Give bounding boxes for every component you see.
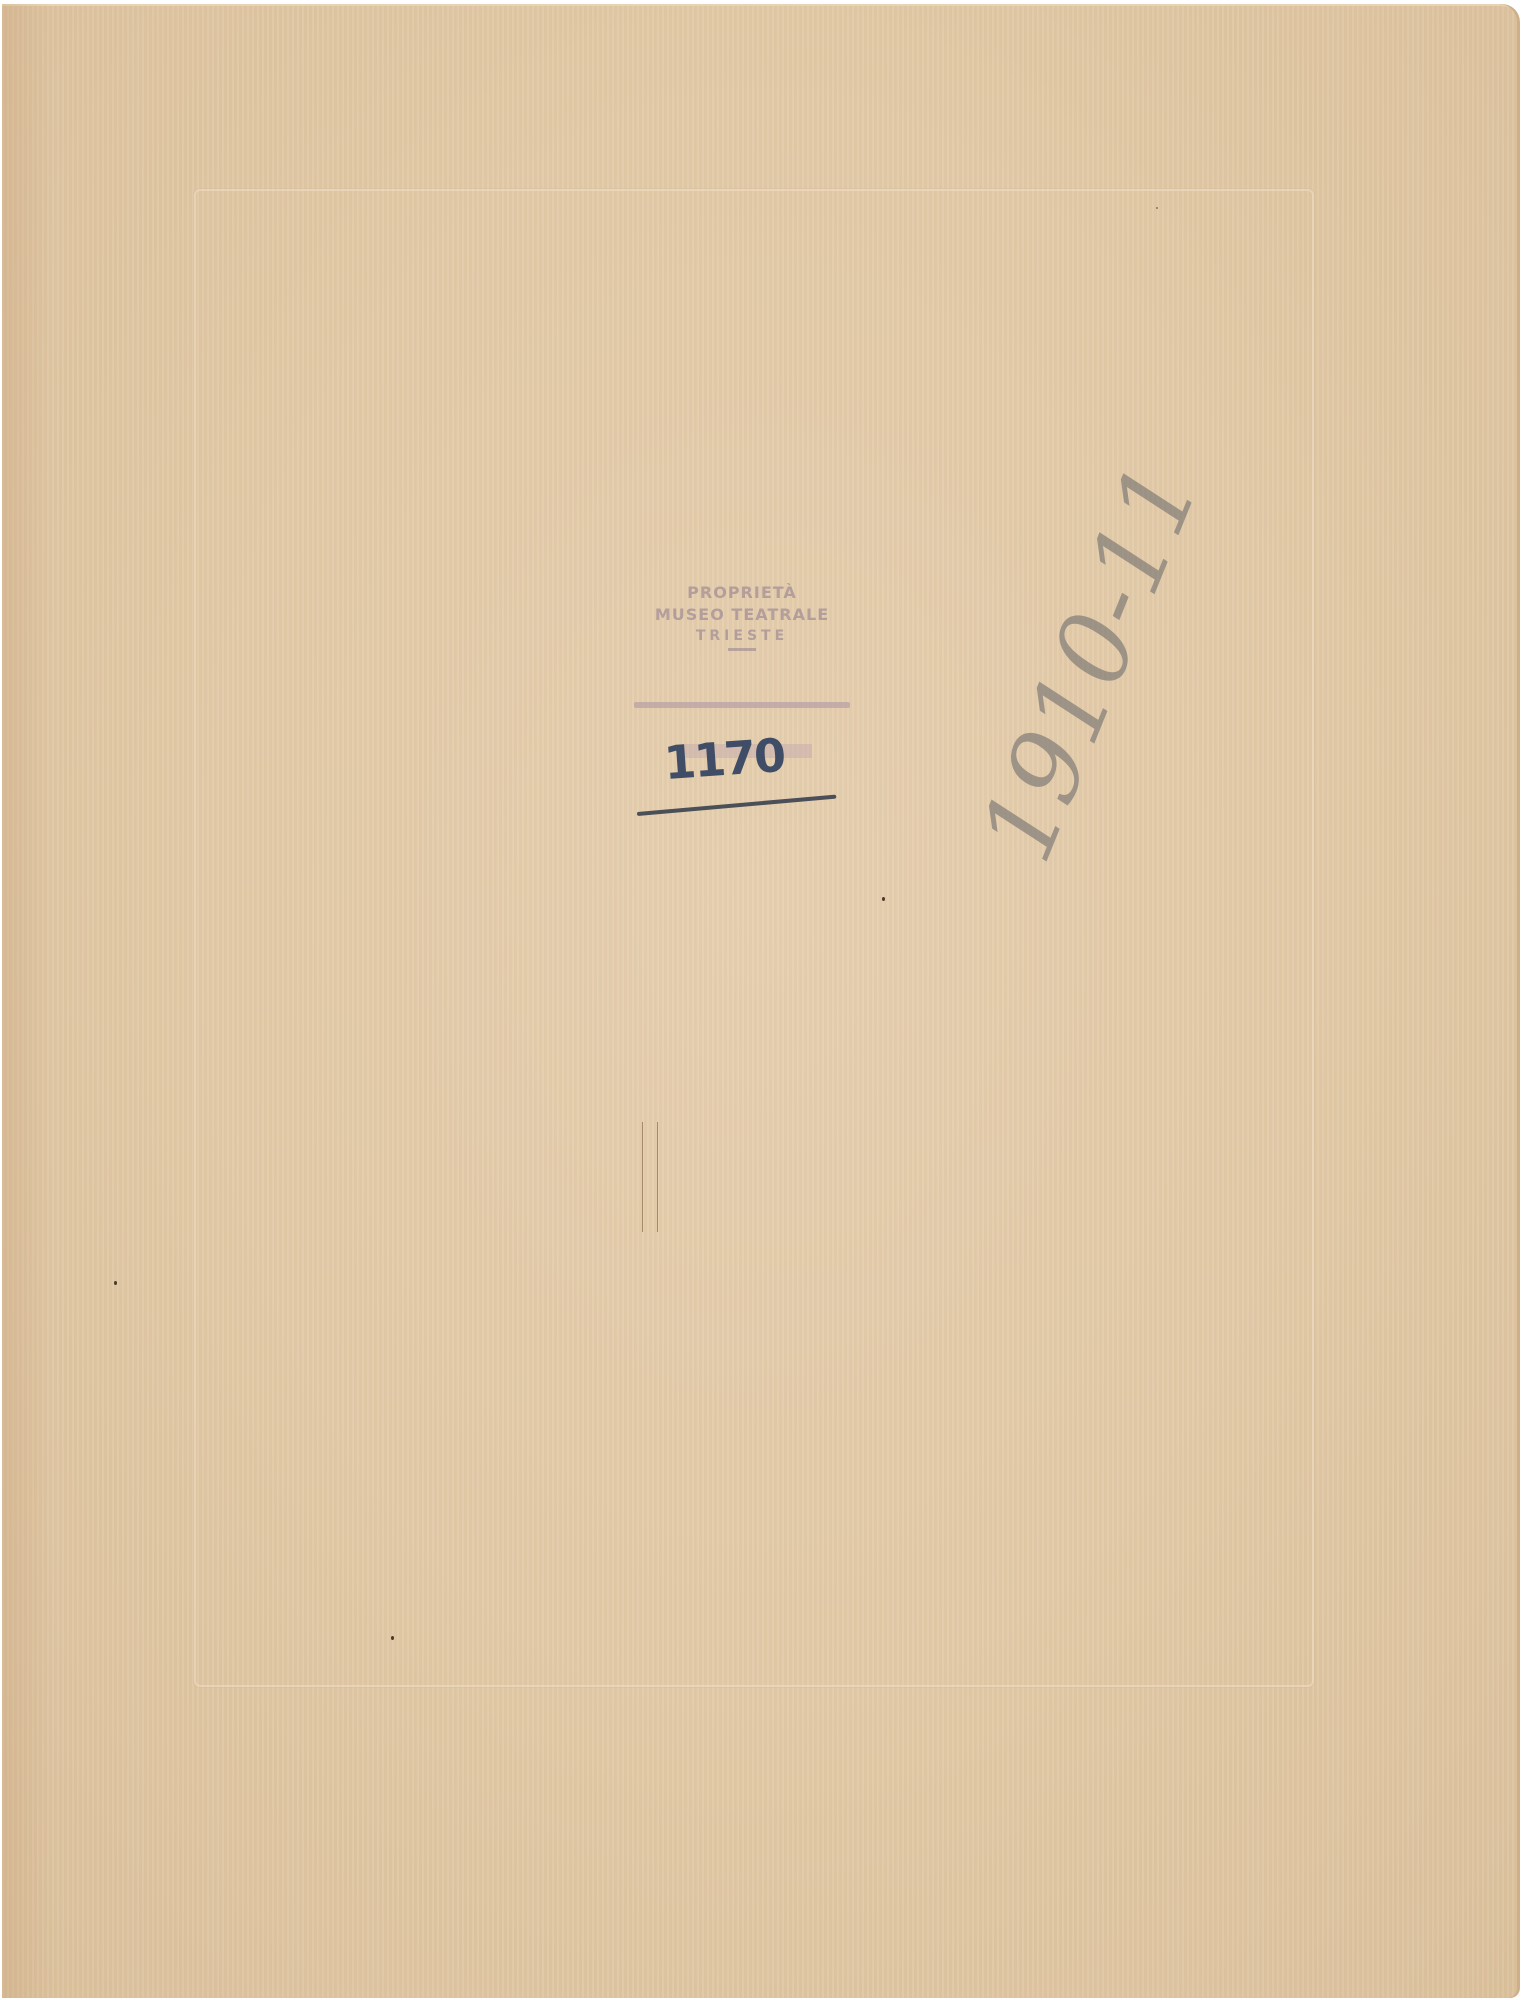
paper-sheet: PROPRIETÀ MUSEO TEATRALE TRIESTE 1170 19… [2,4,1520,1998]
stamp-rule [634,702,850,708]
plate-mark-border [194,189,1314,1687]
ownership-stamp: PROPRIETÀ MUSEO TEATRALE TRIESTE [622,582,862,651]
stamp-line-3: TRIESTE [622,626,862,646]
paper-speck [1156,207,1158,209]
stamp-line-1: PROPRIETÀ [622,582,862,604]
paper-speck [391,1636,394,1640]
paper-scratch [642,1122,658,1232]
inventory-number: 1170 [662,728,786,790]
stamp-line-2: MUSEO TEATRALE [622,604,862,626]
paper-speck [114,1281,117,1285]
stamp-dash [728,648,756,651]
paper-speck [882,897,885,901]
